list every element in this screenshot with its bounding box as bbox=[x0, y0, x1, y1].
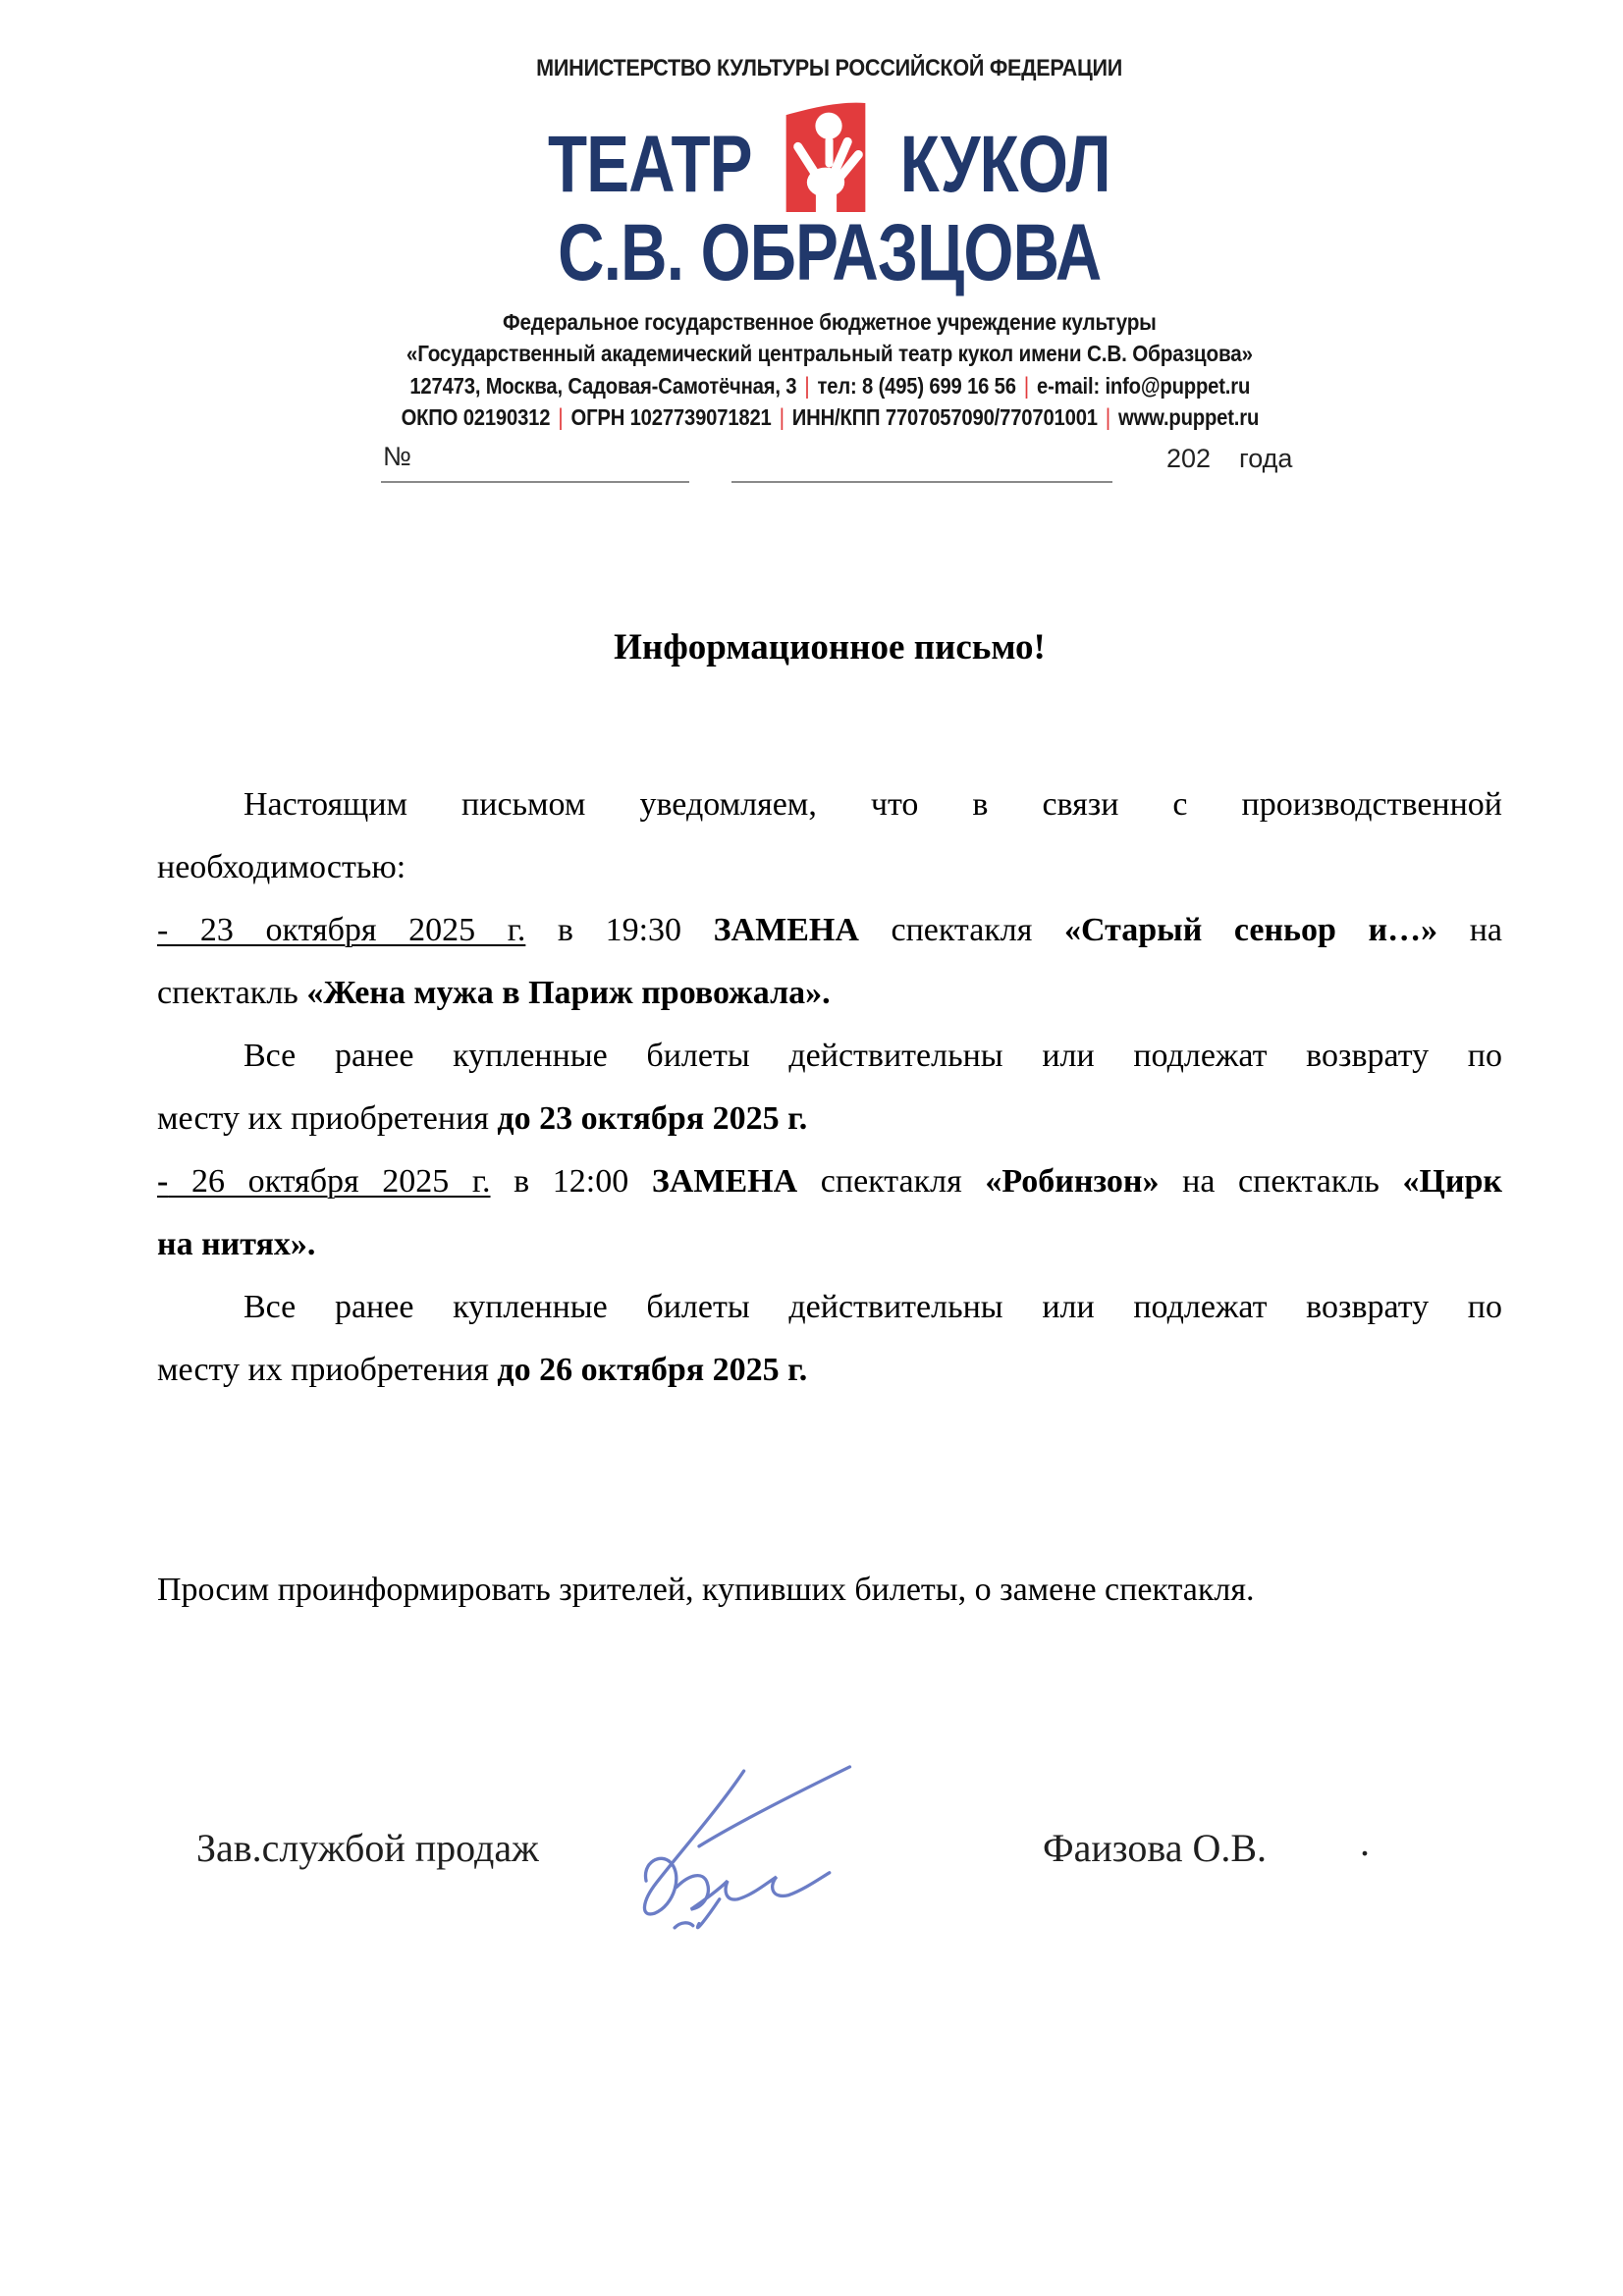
address-text: 127473, Москва, Садовая-Самотёчная, 3 bbox=[409, 373, 796, 399]
text-segment: на нитях». bbox=[157, 1226, 315, 1262]
website-text: www.puppet.ru bbox=[1118, 404, 1259, 430]
inn-kpp-text: ИНН/КПП 7707057090/770701001 bbox=[791, 404, 1097, 430]
letter-line: месту их приобретения до 23 октября 2025… bbox=[157, 1088, 1502, 1150]
text-segment: месту их приобретения bbox=[157, 1352, 497, 1388]
text-segment: спектакль bbox=[157, 975, 306, 1011]
letter-line: месту их приобретения до 26 октября 2025… bbox=[157, 1339, 1502, 1402]
text-segment: спектакля bbox=[859, 912, 1064, 948]
separator-bar: | bbox=[1097, 404, 1117, 431]
contact-line: 127473, Москва, Садовая-Самотёчная, 3|те… bbox=[157, 373, 1502, 400]
email-text: e-mail: info@puppet.ru bbox=[1037, 373, 1250, 399]
requisites-line-text: ОКПО 02190312|ОГРН 1027739071821|ИНН/КПП… bbox=[401, 404, 1259, 432]
text-segment: «Робинзон» bbox=[985, 1163, 1159, 1200]
text-segment: на bbox=[1437, 912, 1502, 948]
year-word: года bbox=[1239, 444, 1292, 474]
text-segment: «Цирк bbox=[1402, 1163, 1502, 1200]
org-line-2-text: «Государственный академический центральн… bbox=[406, 341, 1253, 367]
requisites-line: ОКПО 02190312|ОГРН 1027739071821|ИНН/КПП… bbox=[157, 404, 1502, 432]
text-segment: ЗАМЕНА bbox=[714, 912, 859, 948]
contact-line-text: 127473, Москва, Садовая-Самотёчная, 3|те… bbox=[409, 373, 1250, 400]
letter-title: Информационное письмо! bbox=[157, 626, 1502, 668]
letter-line: Все ранее купленные билеты действительны… bbox=[157, 1276, 1502, 1339]
signature-dot: . bbox=[1360, 1819, 1370, 1865]
letter-body: Настоящим письмом уведомляем, что в связ… bbox=[157, 774, 1502, 1622]
text-segment: Настоящим письмом уведомляем, что в связ… bbox=[243, 786, 1502, 823]
okpo-text: ОКПО 02190312 bbox=[401, 404, 550, 430]
org-line-1-text: Федеральное государственное бюджетное уч… bbox=[503, 309, 1157, 336]
separator-bar: | bbox=[771, 404, 791, 431]
logo-word-teatr: ТЕАТР bbox=[548, 120, 752, 210]
ministry-text: МИНИСТЕРСТВО КУЛЬТУРЫ РОССИЙСКОЙ ФЕДЕРАЦ… bbox=[537, 55, 1123, 82]
letter-line: на нитях». bbox=[157, 1213, 1502, 1276]
text-segment: Просим проинформировать зрителей, купивш… bbox=[157, 1572, 1254, 1608]
text-segment: в 12:00 bbox=[491, 1163, 652, 1200]
letter-line: Настоящим письмом уведомляем, что в связ… bbox=[157, 774, 1502, 836]
text-segment: необходимостью: bbox=[157, 849, 406, 885]
separator-bar: | bbox=[796, 373, 817, 400]
ogrn-text: ОГРН 1027739071821 bbox=[570, 404, 771, 430]
text-segment: «Старый сеньор и…» bbox=[1064, 912, 1437, 948]
number-blank-line bbox=[381, 481, 689, 483]
date-blank-line bbox=[731, 481, 1112, 483]
signatory-name: Фаизова О.В. bbox=[1043, 1825, 1267, 1871]
number-date-row: № 202 года bbox=[381, 442, 1294, 501]
text-segment: спектакля bbox=[797, 1163, 985, 1200]
text-segment: 26 октября 2025 г. bbox=[168, 1163, 490, 1200]
text-segment: на спектакль bbox=[1160, 1163, 1403, 1200]
text-segment: до 23 октября 2025 г. bbox=[497, 1100, 807, 1137]
separator-bar: | bbox=[1016, 373, 1037, 400]
phone-text: тел: 8 (495) 699 16 56 bbox=[817, 373, 1015, 399]
letter-line: Просим проинформировать зрителей, купивш… bbox=[157, 1559, 1502, 1622]
year-prefix: 202 bbox=[1166, 444, 1211, 474]
text-segment: до 26 октября 2025 г. bbox=[497, 1352, 807, 1388]
puppet-hand-flag-icon bbox=[784, 100, 868, 212]
signature-block: Зав.службой продаж Фаизова О.В. . bbox=[0, 1811, 1623, 1929]
logo-word-kukol: КУКОЛ bbox=[900, 120, 1110, 210]
org-line-1: Федеральное государственное бюджетное уч… bbox=[157, 309, 1502, 336]
text-segment: Все ранее купленные билеты действительны… bbox=[243, 1289, 1502, 1325]
org-line-2: «Государственный академический центральн… bbox=[157, 341, 1502, 367]
text-segment: в 19:30 bbox=[525, 912, 713, 948]
logo-line2: С.В. ОБРАЗЦОВА bbox=[157, 208, 1502, 298]
letter-line: - 26 октября 2025 г. в 12:00 ЗАМЕНА спек… bbox=[157, 1150, 1502, 1213]
signatory-position: Зав.службой продаж bbox=[196, 1825, 539, 1871]
letter-line: необходимостью: bbox=[157, 836, 1502, 899]
text-segment: месту их приобретения bbox=[157, 1100, 497, 1137]
letter-line: спектакль «Жена мужа в Париж провожала». bbox=[157, 962, 1502, 1025]
letter-page: МИНИСТЕРСТВО КУЛЬТУРЫ РОССИЙСКОЙ ФЕДЕРАЦ… bbox=[0, 0, 1623, 2296]
letter-line: Все ранее купленные билеты действительны… bbox=[157, 1025, 1502, 1088]
theatre-logo: ТЕАТР КУКОЛ bbox=[157, 120, 1502, 214]
text-segment: Все ранее купленные билеты действительны… bbox=[243, 1038, 1502, 1074]
ministry-line: МИНИСТЕРСТВО КУЛЬТУРЫ РОССИЙСКОЙ ФЕДЕРАЦ… bbox=[157, 55, 1502, 82]
separator-bar: | bbox=[550, 404, 570, 431]
letter-line: - 23 октября 2025 г. в 19:30 ЗАМЕНА спек… bbox=[157, 899, 1502, 962]
text-segment: ЗАМЕНА bbox=[652, 1163, 797, 1200]
text-segment: «Жена мужа в Париж провожала». bbox=[306, 975, 830, 1011]
handwritten-signature bbox=[589, 1755, 864, 1947]
logo-obraztsova-text: С.В. ОБРАЗЦОВА bbox=[558, 208, 1101, 298]
text-segment: - 23 октября 2025 г. bbox=[157, 912, 525, 948]
text-segment: - bbox=[157, 1163, 168, 1200]
number-sign: № bbox=[383, 442, 411, 472]
